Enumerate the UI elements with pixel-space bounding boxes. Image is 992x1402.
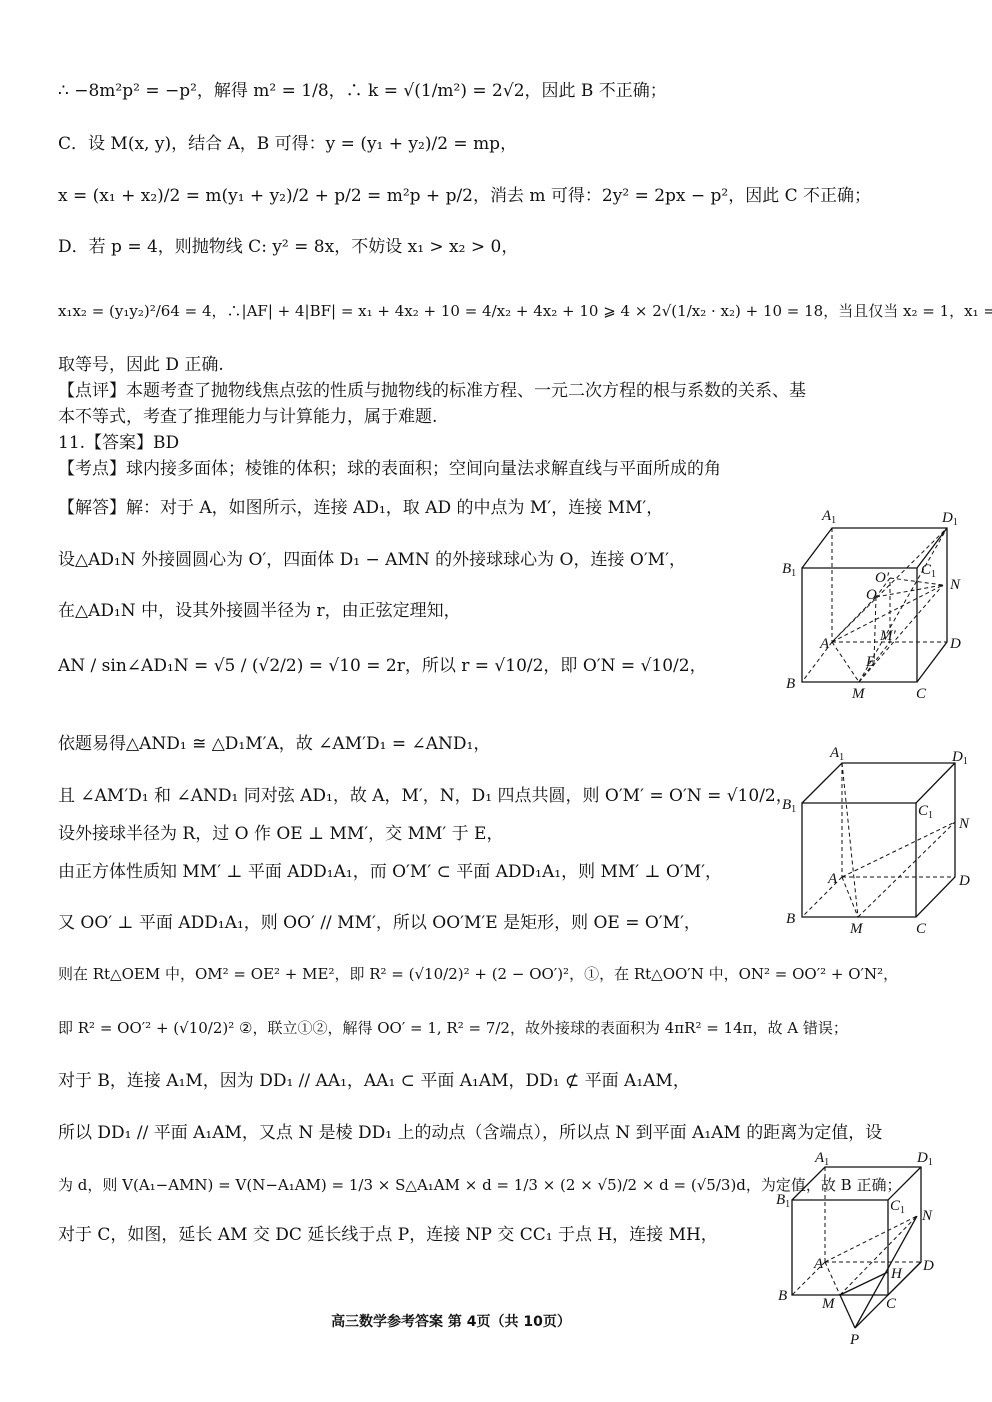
cube-figure-2: A1 D1 B1 C1 N A D B M C	[770, 735, 980, 945]
svg-text:B1: B1	[782, 561, 796, 579]
footer-text: 高三数学参考答案 第 4页（共 10页）	[331, 1314, 571, 1330]
svg-text:B1: B1	[782, 797, 796, 815]
text-line: 设△AD₁N 外接圆圆心为 O′，四面体 D₁ − AMN 的外接球球心为 O，…	[58, 549, 686, 571]
svg-text:N: N	[921, 1208, 933, 1224]
svg-text:M: M	[851, 686, 866, 702]
svg-text:P: P	[849, 1332, 859, 1348]
svg-text:A1: A1	[814, 1150, 829, 1168]
text-line: 对于 C，如图，延长 AM 交 DC 延长线于点 P，连接 NP 交 CC₁ 于…	[58, 1224, 718, 1246]
svg-text:D: D	[949, 636, 961, 652]
text-line: 又 OO′ ⊥ 平面 ADD₁A₁，则 OO′ // MM′，所以 OO′M′E…	[58, 912, 701, 934]
knowledge-points: 【考点】球内接多面体；棱锥的体积；球的表面积；空间向量法求解直线与平面所成的角	[58, 458, 721, 480]
svg-text:C1: C1	[890, 1198, 905, 1216]
text-line: 即 R² = OO′² + (√10/2)² ②，联立①②，解得 OO′ = 1…	[58, 1017, 848, 1039]
text-line: 且 ∠AM′D₁ 和 ∠AND₁ 同对弦 AD₁，故 A，M′，N，D₁ 四点共…	[58, 785, 793, 807]
svg-text:O: O	[866, 587, 877, 603]
review-paragraph: 本不等式，考查了推理能力与计算能力，属于难题.	[58, 406, 437, 428]
text-line: AN / sin∠AD₁N = √5 / (√2/2) = √10 = 2r，所…	[58, 655, 707, 677]
svg-text:N: N	[958, 816, 970, 832]
text-line: 依题易得△AND₁ ≅ △D₁M′A，故 ∠AM′D₁ = ∠AND₁，	[58, 733, 490, 755]
svg-text:A1: A1	[821, 508, 836, 526]
text-line: 则在 Rt△OEM 中，OM² = OE² + ME²，即 R² = (√10/…	[58, 963, 898, 985]
cube-figure-1: A1 D1 B1 C1 O′ O N A M′ D E B M C	[770, 500, 980, 710]
svg-text:M: M	[849, 921, 864, 937]
svg-text:B: B	[786, 911, 795, 927]
text-line: 取等号，因此 D 正确.	[58, 354, 224, 376]
text-line: 设外接球半径为 R，过 O 作 OE ⊥ MM′，交 MM′ 于 E，	[58, 823, 503, 845]
svg-text:N: N	[949, 577, 961, 593]
text-line: 所以 DD₁ // 平面 A₁AM，又点 N 是棱 DD₁ 上的动点（含端点），…	[58, 1122, 882, 1144]
svg-text:C: C	[916, 921, 927, 937]
svg-text:H: H	[890, 1266, 903, 1282]
svg-text:A: A	[827, 871, 838, 887]
text-line: x₁x₂ = (y₁y₂)²/64 = 4，∴|AF| + 4|BF| = x₁…	[58, 300, 992, 322]
svg-text:B1: B1	[776, 1192, 790, 1210]
text-line: 【解答】解：对于 A，如图所示，连接 AD₁，取 AD 的中点为 M′，连接 M…	[58, 497, 663, 519]
svg-text:M: M	[821, 1296, 836, 1312]
text-line: 对于 B，连接 A₁M，因为 DD₁ // AA₁，AA₁ ⊂ 平面 A₁AM，…	[58, 1070, 690, 1092]
review-paragraph: 【点评】本题考查了抛物线焦点弦的性质与抛物线的标准方程、一元二次方程的根与系数的…	[58, 380, 806, 402]
svg-text:C: C	[916, 686, 927, 702]
svg-text:B: B	[786, 676, 795, 692]
svg-text:D: D	[958, 873, 970, 889]
text-line: ∴ −8m²p² = −p²，解得 m² = 1/8，∴ k = √(1/m²)…	[58, 80, 667, 102]
text-line: x = (x₁ + x₂)/2 = m(y₁ + y₂)/2 + p/2 = m…	[58, 185, 871, 207]
text-line: 在△AD₁N 中，设其外接圆半径为 r，由正弦定理知，	[58, 600, 461, 622]
text-line: 由正方体性质知 MM′ ⊥ 平面 ADD₁A₁，而 O′M′ ⊂ 平面 ADD₁…	[58, 861, 722, 883]
svg-text:E: E	[865, 654, 875, 670]
svg-text:C1: C1	[918, 803, 933, 821]
svg-text:M′: M′	[879, 628, 896, 644]
svg-text:B: B	[778, 1288, 787, 1304]
svg-text:C: C	[886, 1296, 897, 1312]
svg-text:A: A	[813, 1256, 824, 1272]
svg-text:O′: O′	[875, 570, 890, 586]
svg-text:A: A	[819, 636, 830, 652]
page-footer: 高三数学参考答案 第 4页（共 10页）	[0, 1311, 992, 1331]
answer-heading: 11.【答案】BD	[58, 432, 179, 454]
svg-text:D1: D1	[941, 510, 958, 528]
svg-text:C1: C1	[921, 562, 936, 580]
svg-text:A1: A1	[829, 745, 844, 763]
svg-text:D1: D1	[916, 1150, 933, 1168]
text-line: D．若 p = 4，则抛物线 C: y² = 8x，不妨设 x₁ > x₂ > …	[58, 236, 518, 258]
svg-text:D1: D1	[951, 749, 968, 767]
text-line: C．设 M(x, y)，结合 A，B 可得：y = (y₁ + y₂)/2 = …	[58, 133, 517, 155]
svg-text:D: D	[922, 1258, 934, 1274]
